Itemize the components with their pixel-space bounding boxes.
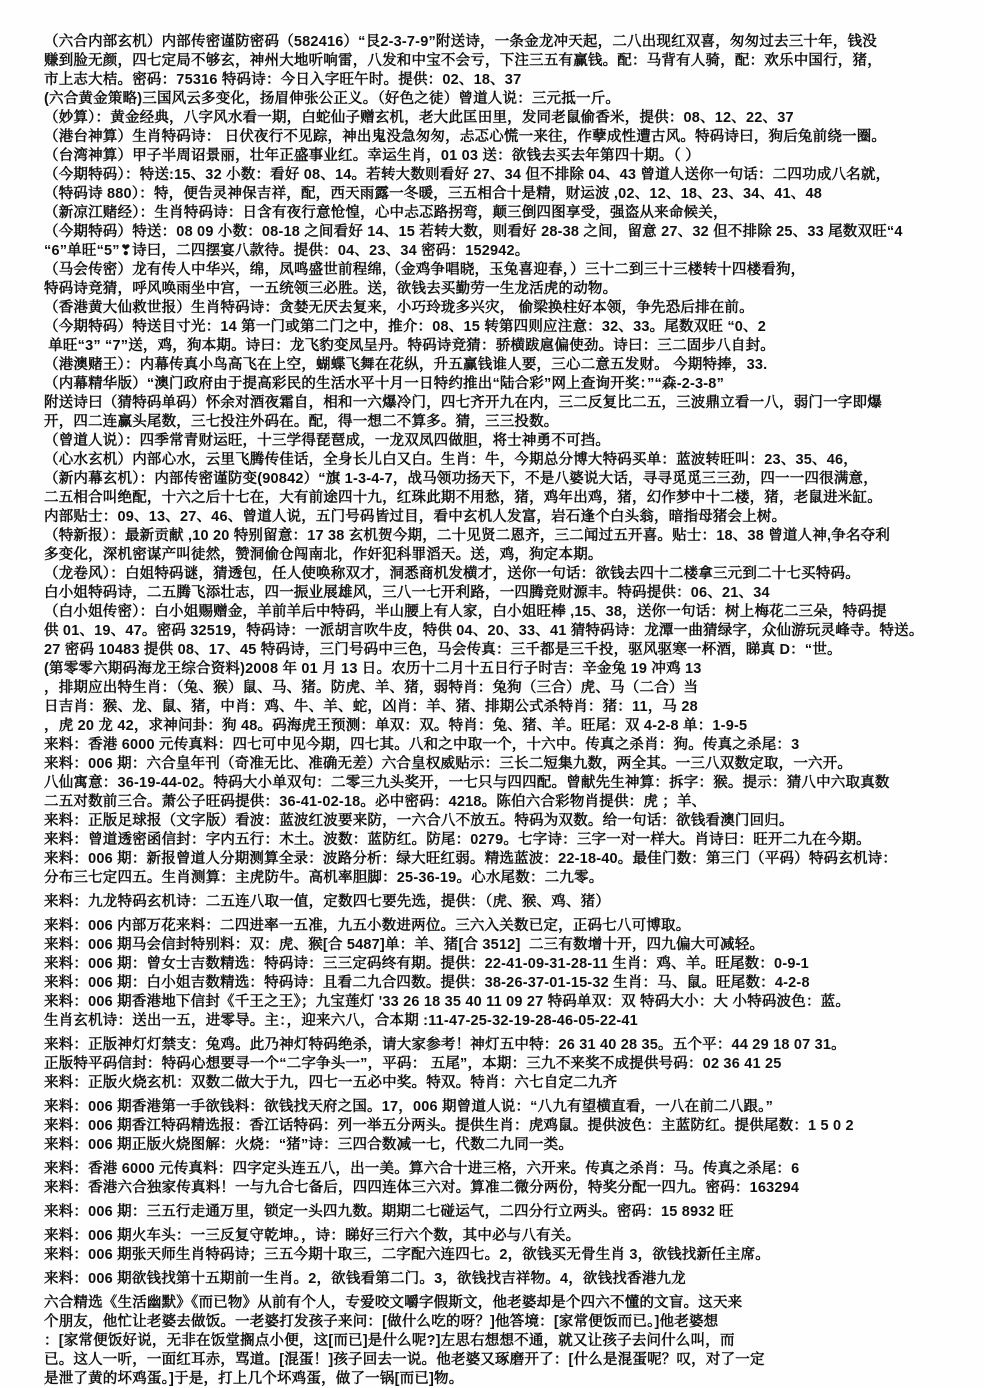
text-line: 开，四二连赢头尾数，三七投注外码在。配，得一想二不算多。猜，三三投数。 — [44, 413, 958, 432]
text-line: 来料：006 期张天师生肖特码诗；三五今期十取三，二字配六连四七。2，欲钱买无骨… — [44, 1246, 958, 1265]
text-line: 白小姐特码诗，二五腾飞添壮志，四一振业展雄风，三八一七开利路，一四腾竞财源丰。特… — [44, 584, 958, 603]
text-line: 来料：006 期香港地下信封《千王之王》；九宝莲灯 '33 26 18 35 4… — [44, 993, 958, 1012]
text-line: 来料：006 期欲钱找第十五期前一生肖。2，欲钱看第二门。3，欲钱找吉祥物。4，… — [44, 1270, 958, 1289]
text-line: （港台神算）生肖特码诗： 日伏夜行不见踪，神出鬼没急匆匆，忐忑心慌一来往，作孽成… — [44, 128, 958, 147]
text-line: 来料：曾道透密函信封：字内五行：木土。波数：蓝防红。防尾：0279。七字诗：三字… — [44, 831, 958, 850]
text-line: （特新报）：最新贡献 ,10 20 特别留意：17 38 玄机贺今期，二十见贤二… — [44, 527, 958, 546]
text-line: 来料：006 期：新报曾道人分期测算全录：波路分析：绿大旺红弱。精选蓝波：22-… — [44, 850, 958, 869]
text-line: 来料：香港 6000 元传真料：四七可中见今期，四七其。八和之中取一个，十六中。… — [44, 736, 958, 755]
text-line: ，排期应出特生肖：（兔、猴）鼠、马、猪。防虎、羊、猪，弱特肖：兔狗（三合）虎、马… — [44, 679, 958, 698]
text-line: （马会传密）龙有传人中华兴，绵，凤鸣盛世前程绵,（金鸡争唱晓，玉兔喜迎春，）三十… — [44, 261, 958, 280]
text-line: 生肖玄机诗：送出一五，进零导。主：，迎来六八，合本期 :11-47-25-32-… — [44, 1012, 958, 1031]
text-line: 分布三七定四五。生肖测算：主虎防牛。高机率胆脚：25-36-19。心水尾数：二九… — [44, 869, 958, 888]
text-line: 来料：006 期香江特码精选报：香江话特码：列一举五分两头。提供生肖：虎鸡鼠。提… — [44, 1117, 958, 1136]
text-line: 市上志大桔。密码：75316 特码诗：今日入字旺午时。提供：02、18、37 — [44, 71, 958, 90]
text-line: 来料：006 期：白小姐吉数精选：特码诗：且看二九合四数。提供：38-26-37… — [44, 974, 958, 993]
text-line: 内部贴士：09、13、27、46、曾道人说，五门号码皆过目，看中玄机人发富，岩石… — [44, 508, 958, 527]
text-line: 来料：正版神灯灯禁支：兔鸡。此乃神灯特码绝杀，请大家参考！神灯五中特：26 31… — [44, 1036, 958, 1055]
text-line: 个朋友，他忙让老婆去做饭。一老婆打发孩子来问：[做什么吃的呀？]他答境：[家常便… — [44, 1313, 958, 1332]
text-line: 单旺“3” “7”送，鸡，狗本期。诗曰：龙飞豹变凤呈丹。特码诗竞猜：骄横跋扈偏使… — [44, 337, 958, 356]
document-page: （六合内部玄机）内部传密谨防密码（582416）“艮2-3-7-9”附送诗，一条… — [0, 0, 984, 1388]
text-line: (六合黄金策略)三国风云多变化，扬眉伸张公正义。（好色之徒）曾道人说：三元抵一斤… — [44, 90, 958, 109]
text-line: 来料：006 期火车头：一三反复守乾坤。，诗：睇好三行六个数，其中必与八有关。 — [44, 1227, 958, 1246]
text-line: 来料：006 内部万花来料：二四进率一五准，九五小数进两位。三六入关数已定，正码… — [44, 917, 958, 936]
text-line: 来料：正版足球报（文字版）看波：蓝波红波要来防，一六合八不放五。特码为双数。给一… — [44, 812, 958, 831]
text-line: 二五相合叫绝配，十六之后十七在，大有前途四十九，红珠此期不用愁，猪，鸡年出鸡，猪… — [44, 489, 958, 508]
text-line: （妙算）：黄金经典，八字风水看一期，白蛇仙子赠玄机，老大此匡田里，发同老鼠偷香米… — [44, 109, 958, 128]
text-line: 来料：006 期：六合皇年刊（奇准无比、准确无差）六合皇权威贴示：三长二短集九数… — [44, 755, 958, 774]
text-line: （白小姐传密）：白小姐赐赠金，羊前羊后中特码，半山腰上有人家，白小姐旺棒 ,15… — [44, 603, 958, 622]
text-line: （内幕精华版）“澳门政府由于提高彩民的生活水平十月一日特约推出“陆合彩”网上查询… — [44, 375, 958, 394]
text-line: 日吉肖：猴、龙、鼠、猪，中肖：鸡、牛、羊、蛇，凶肖：羊、猪、排期公式杀特肖：猪：… — [44, 698, 958, 717]
text-line: 正版特平码信封：特码心想要寻一个“二字争头一”，平码： 五尾”，本期：三九不来奖… — [44, 1055, 958, 1074]
text-line: ：[家常便饭好说，无非在饭堂搁点小便，这[而已]是什么呢?]左思右想想不通，就又… — [44, 1332, 958, 1351]
text-line: 特码诗竞猜，呼风唤雨坐中宫，一五统领三必胜。送，欲钱去买勤劳一生龙活虎的动物。 — [44, 280, 958, 299]
text-line: 27 密码 10483 提供 08、17、45 特码诗，三门号码中三色，马会传真… — [44, 641, 958, 660]
text-line: （新凉江赌经）：生肖特码诗：日含有夜行意怆惶，心中忐忑路拐弯，颠三倒四图享受，强… — [44, 204, 958, 223]
text-line: 来料：006 期：三五行走通万里，锁定一头四九数。期期二七碰运气，二四分行立两头… — [44, 1203, 958, 1222]
text-line: 多变化，深机密谋产叫徒然，赞洞偷仓闯南北，作奸犯科罪滔天。送，鸡，狗定本期。 — [44, 546, 958, 565]
text-line: 来料：香港六合独家传真料！一与九合七备后，四四连体三六对。算准二微分两份，特奖分… — [44, 1179, 958, 1198]
text-line: 赚到脸无颜，四七定局不够玄，神州大地听响雷，八发和中宝不会亏，下注三五有赢钱。配… — [44, 52, 958, 71]
text-line: (第零零六期码海龙王综合资料)2008 年 01 月 13 日。农历十二月十五日… — [44, 660, 958, 679]
text-line: ，虎 20 龙 42，求神问卦：狗 48。码海虎王预测：单双：双。特肖：兔、猪、… — [44, 717, 958, 736]
text-line: 附送诗曰（猜特码单码）怀余对酒夜霜自，相和一六爆冷门，四七齐开九在内，三二反复比… — [44, 394, 958, 413]
text-line: 来料：006 期香港第一手欲钱料：欲钱找天府之国。17，006 期曾道人说：“八… — [44, 1098, 958, 1117]
text-line: （心水玄机）内部心水，云里飞腾传佳话，全身长儿白又白。生肖：牛，今期总分博大特码… — [44, 451, 958, 470]
text-line: （香港黄大仙救世报）生肖特码诗：贪婪无厌去复来，小巧玲珑多兴灾， 偷梁换柱好本领… — [44, 299, 958, 318]
text-line: 八仙寓意：36-19-44-02。特码大小单双句：二零三九头奖开，一七只与四四配… — [44, 774, 958, 793]
text-line: （新内幕玄机）：内部传密谨防变(90842）“旗 1-3-4-7，战马领功扬天下… — [44, 470, 958, 489]
text-line: （今期特码）：特送:15、32 小数：看好 08、14。若转大数则看好 27、3… — [44, 166, 958, 185]
text-line: 来料：九龙特码玄机诗：二五连八取一值，定数四七要先选，提供：（虎、猴、鸡、猪） — [44, 893, 958, 912]
text-line: （曾道人说）：四季常青财运旺，十三学得琵琶成，一龙双凤四做胆，将士神勇不可挡。 — [44, 432, 958, 451]
text-line: 来料：香港 6000 元传真料：四字定头连五八，出一美。算六合十进三格，六开来。… — [44, 1160, 958, 1179]
text-line: （台湾神算）甲子半周诏景丽，壮年正盛事业红。幸运生肖，01 03 送：欲钱去买去… — [44, 147, 958, 166]
text-line: （六合内部玄机）内部传密谨防密码（582416）“艮2-3-7-9”附送诗，一条… — [44, 33, 958, 52]
text-line: （特码诗 880）：特，便告灵神保吉祥，配，西天雨露一冬暖，三五相合十是精，财运… — [44, 185, 958, 204]
text-line: （龙卷风）：白姐特码谜，猜透包，任人使唤称双才，洞悉商机发横才，送你一句话：欲钱… — [44, 565, 958, 584]
text-line: 六合精选《生活幽默》《而已物》从前有个人，专爱咬文嚼字假斯文，他老婆却是个四六不… — [44, 1294, 958, 1313]
text-line: 已。这人一听，一面红耳赤，骂道。[混蛋！]孩子回去一说。他老婆又琢磨开了：[什么… — [44, 1351, 958, 1370]
document-body: （六合内部玄机）内部传密谨防密码（582416）“艮2-3-7-9”附送诗，一条… — [44, 33, 958, 1388]
text-line: 来料：006 期：曾女士吉数精选：特码诗：三三定码终有期。提供：22-41-09… — [44, 955, 958, 974]
text-line: 来料：006 期正版火烧图解：火烧：“猪”诗：三四合数减一七，代数二九同一类。 — [44, 1136, 958, 1155]
text-line: 二五对数前三合。萧公子旺码提供：36-41-02-18。必中密码：4218。陈伯… — [44, 793, 958, 812]
text-line: 来料：006 期马会信封特别料：双：虎、猴[合 5487]单：羊、猪[合 351… — [44, 936, 958, 955]
text-line: “6”单旺“5”❣诗曰，二四摆宴八款待。提供：04、23、34 密码：15294… — [44, 242, 958, 261]
text-line: （今期特码）特送：08 09 小数：08-18 之间看好 14、15 若转大数，… — [44, 223, 958, 242]
text-line: 来料：正版火烧玄机：双数二做大于九，四七一五必中奖。特双。特肖：六七自定二九齐 — [44, 1074, 958, 1093]
text-line: 供 01、19、47。密码 32519，特码诗：一派胡言吹牛皮，特供 04、20… — [44, 622, 958, 641]
text-line: （港澳赌王）：内幕传真小鸟高飞在上空，蝴蝶飞舞在花纵，升五赢钱谁人要，三心二意五… — [44, 356, 958, 375]
text-line: （今期特码）特送目寸光：14 第一门或第二门之中，推介：08、15 转第四则应注… — [44, 318, 958, 337]
text-line: 是泄了黄的坏鸡蛋。]于是，打上几个坏鸡蛋，做了一锅[而已]物。 — [44, 1370, 958, 1388]
